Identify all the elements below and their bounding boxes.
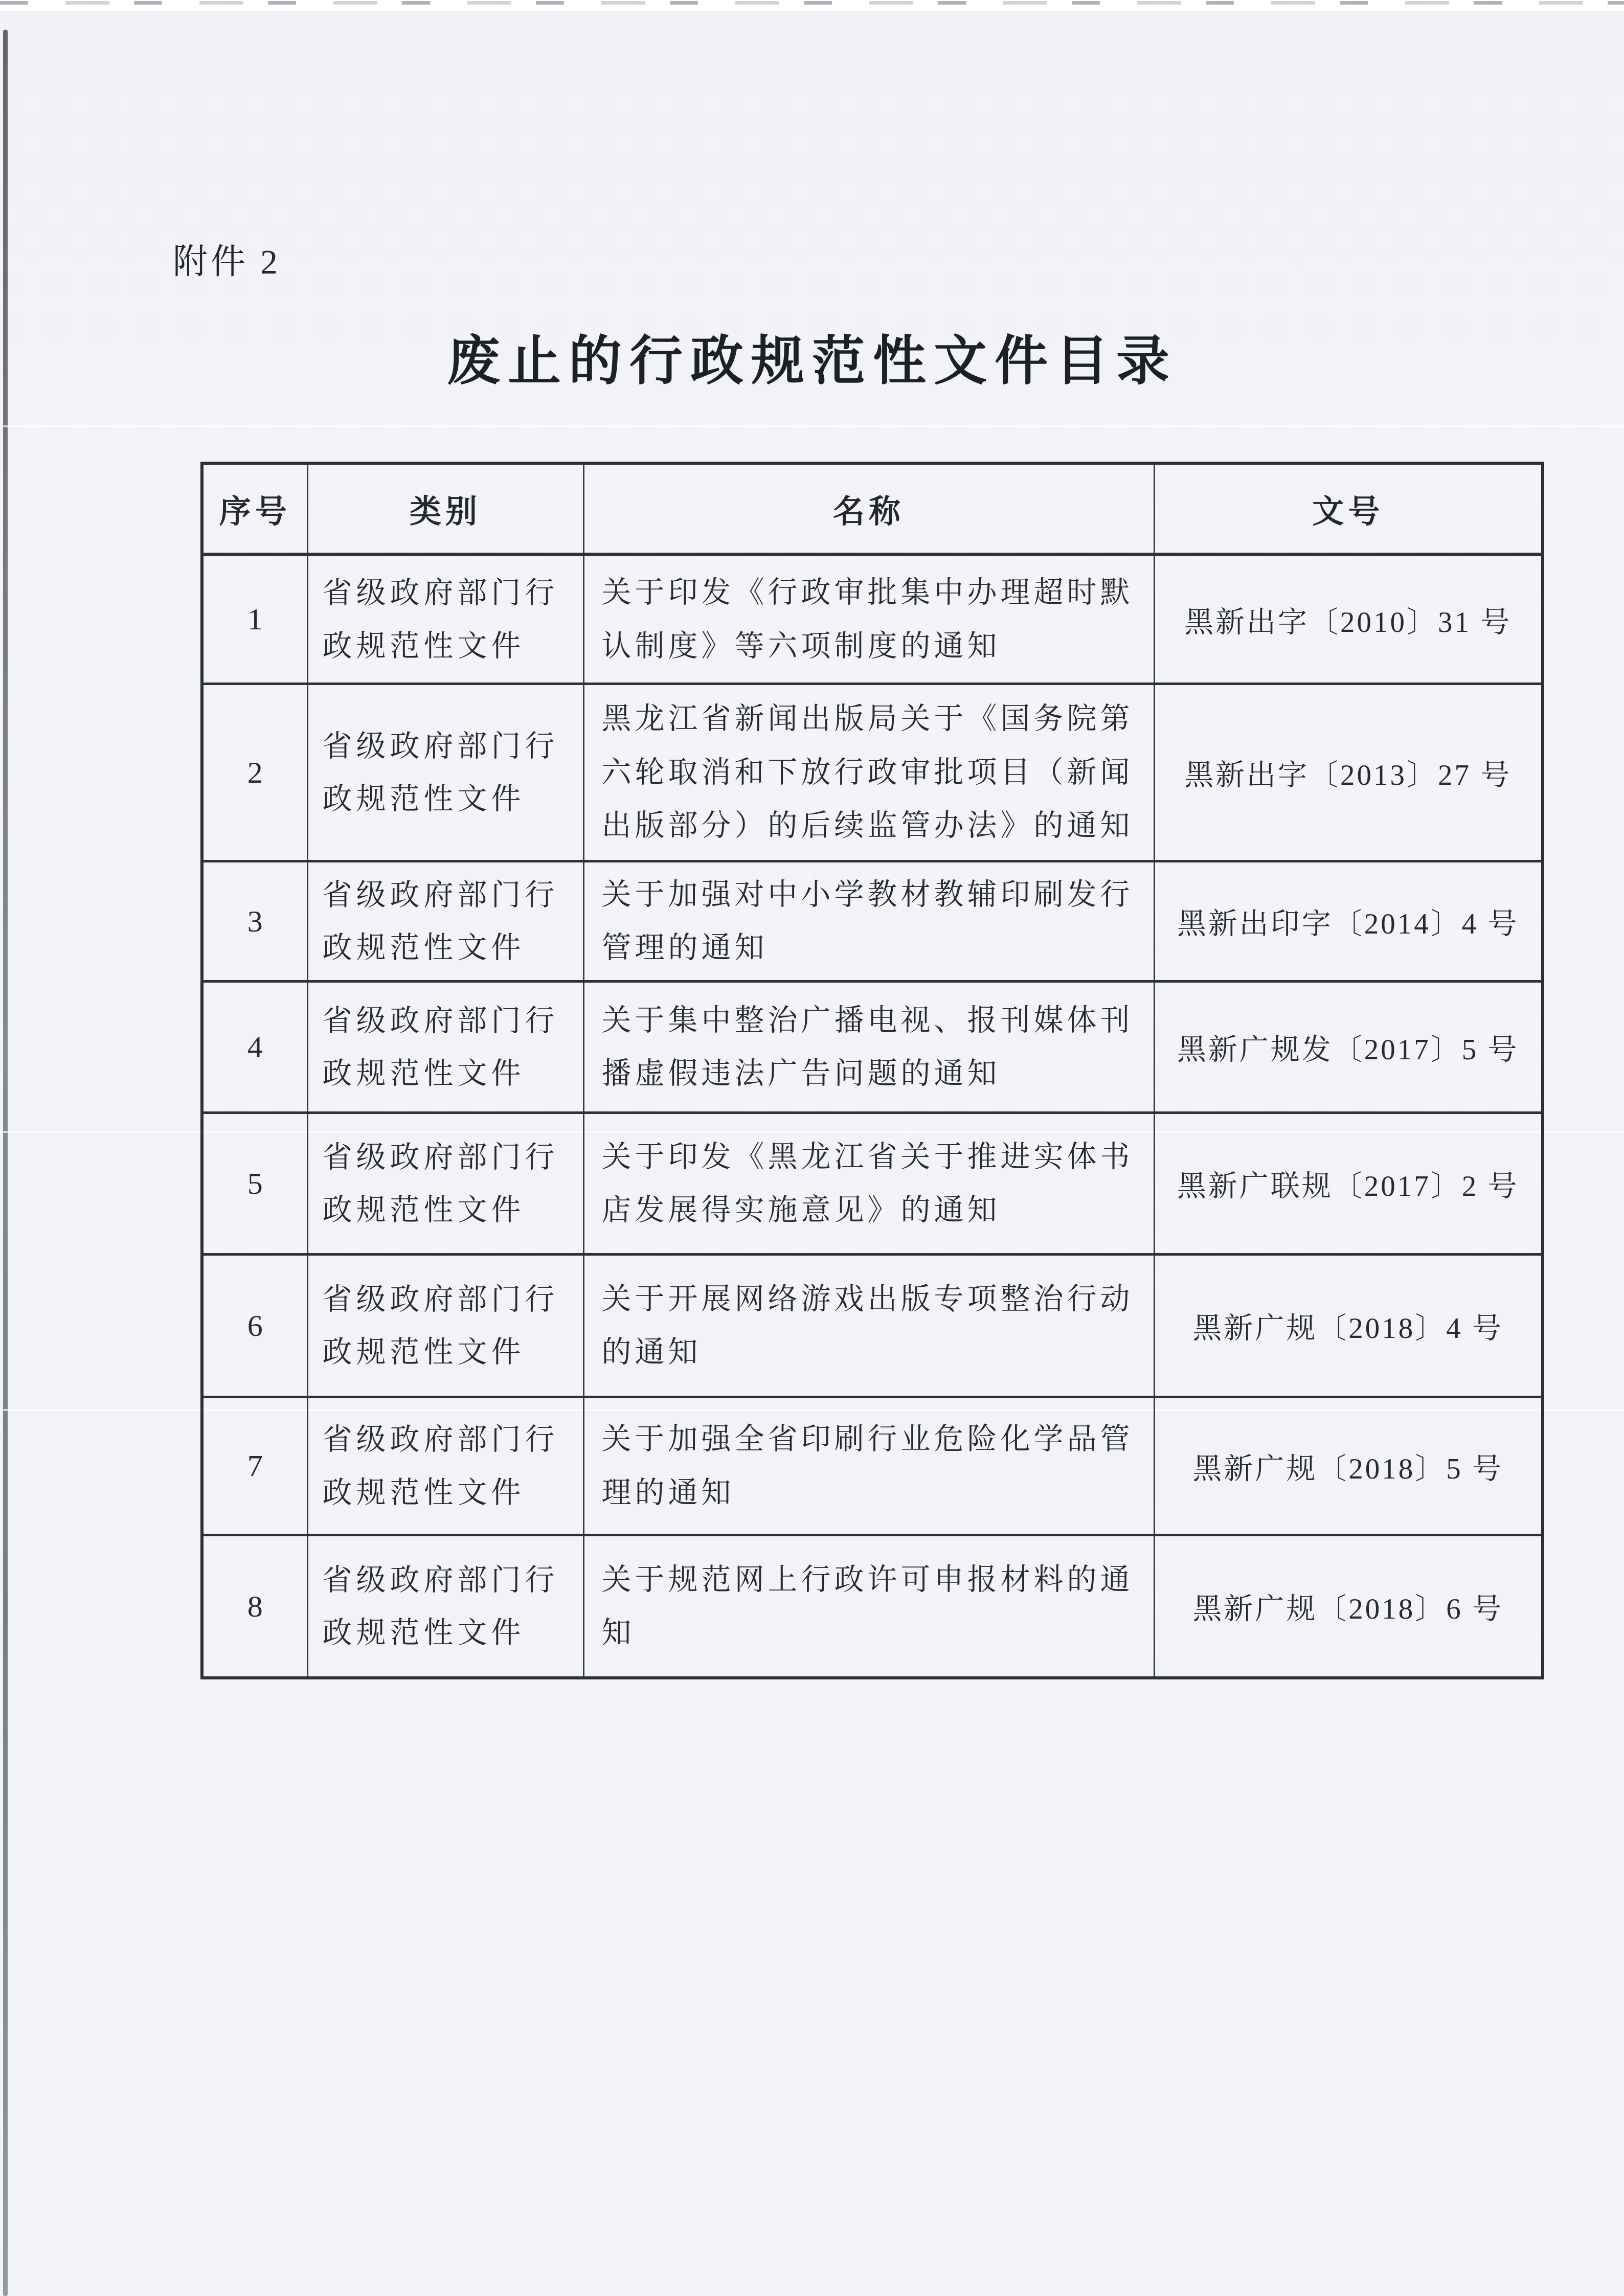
page-title: 废止的行政规范性文件目录 <box>0 318 1624 395</box>
cell-category: 省级政府部门行政规范性文件 <box>323 1413 567 1518</box>
cell-category: 省级政府部门行政规范性文件 <box>323 1273 567 1378</box>
cell-serial: 4 <box>202 982 307 1113</box>
table-row: 4 省级政府部门行政规范性文件 关于集中整治广播电视、报刊媒体刊播虚假违法广告问… <box>202 982 1543 1113</box>
cell-doc-number: 黑新广联规〔2017〕2 号 <box>1154 1113 1543 1255</box>
cell-category: 省级政府部门行政规范性文件 <box>323 566 567 672</box>
table-row: 5 省级政府部门行政规范性文件 关于印发《黑龙江省关于推进实体书店发展得实施意见… <box>202 1113 1543 1255</box>
table-header-row: 序号 类别 名称 文号 <box>202 463 1543 555</box>
cell-category: 省级政府部门行政规范性文件 <box>323 1554 567 1659</box>
cell-name: 关于加强全省印刷行业危险化学品管理的通知 <box>602 1413 1137 1519</box>
col-header-serial: 序号 <box>202 463 307 555</box>
col-header-category: 类别 <box>307 463 583 555</box>
cell-serial: 3 <box>202 861 307 982</box>
attachment-label: 附件 2 <box>173 234 281 284</box>
cell-doc-number: 黑新广规〔2018〕6 号 <box>1154 1535 1543 1678</box>
cell-name: 黑龙江省新闻出版局关于《国务院第六轮取消和下放行政审批项目（新闻出版部分）的后续… <box>602 692 1137 852</box>
cell-doc-number: 黑新出字〔2010〕31 号 <box>1154 555 1543 684</box>
cell-doc-number: 黑新广规〔2018〕5 号 <box>1154 1397 1543 1535</box>
cell-category: 省级政府部门行政规范性文件 <box>323 1131 567 1236</box>
cell-name: 关于加强对中小学教材教辅印刷发行管理的通知 <box>602 868 1137 975</box>
cell-category: 省级政府部门行政规范性文件 <box>323 869 567 974</box>
cell-doc-number: 黑新广规〔2018〕4 号 <box>1154 1255 1543 1397</box>
scan-streak <box>0 425 1624 427</box>
scanned-document-page: 附件 2 废止的行政规范性文件目录 序号 类别 名称 文号 1 省级政府部门行政… <box>0 0 1624 2296</box>
abolished-documents-table: 序号 类别 名称 文号 1 省级政府部门行政规范性文件 关于印发《行政审批集中办… <box>200 462 1544 1679</box>
scan-top-strip <box>0 0 1624 11</box>
table-row: 7 省级政府部门行政规范性文件 关于加强全省印刷行业危险化学品管理的通知 黑新广… <box>202 1397 1543 1535</box>
cell-serial: 5 <box>202 1113 307 1255</box>
table-row: 6 省级政府部门行政规范性文件 关于开展网络游戏出版专项整治行动的通知 黑新广规… <box>202 1255 1543 1397</box>
table-row: 3 省级政府部门行政规范性文件 关于加强对中小学教材教辅印刷发行管理的通知 黑新… <box>202 861 1543 982</box>
table-row: 8 省级政府部门行政规范性文件 关于规范网上行政许可申报材料的通知 黑新广规〔2… <box>202 1535 1543 1678</box>
cell-doc-number: 黑新出印字〔2014〕4 号 <box>1154 861 1543 982</box>
cell-doc-number: 黑新出字〔2013〕27 号 <box>1154 684 1543 861</box>
cell-name: 关于开展网络游戏出版专项整治行动的通知 <box>602 1272 1137 1379</box>
cell-serial: 8 <box>202 1535 307 1678</box>
cell-serial: 1 <box>202 555 307 684</box>
cell-doc-number: 黑新广规发〔2017〕5 号 <box>1154 982 1543 1113</box>
cell-name: 关于印发《黑龙江省关于推进实体书店发展得实施意见》的通知 <box>602 1130 1137 1237</box>
cell-category: 省级政府部门行政规范性文件 <box>323 720 567 825</box>
col-header-doc-number: 文号 <box>1154 463 1543 555</box>
cell-name: 关于规范网上行政许可申报材料的通知 <box>602 1553 1137 1660</box>
cell-serial: 7 <box>202 1397 307 1535</box>
cell-category: 省级政府部门行政规范性文件 <box>323 994 567 1100</box>
cell-name: 关于印发《行政审批集中办理超时默认制度》等六项制度的通知 <box>602 566 1137 673</box>
col-header-name: 名称 <box>583 463 1154 555</box>
cell-serial: 6 <box>202 1255 307 1397</box>
cell-serial: 2 <box>202 684 307 861</box>
table-row: 2 省级政府部门行政规范性文件 黑龙江省新闻出版局关于《国务院第六轮取消和下放行… <box>202 684 1543 861</box>
table-row: 1 省级政府部门行政规范性文件 关于印发《行政审批集中办理超时默认制度》等六项制… <box>202 555 1543 684</box>
cell-name: 关于集中整治广播电视、报刊媒体刊播虚假违法广告问题的通知 <box>602 994 1137 1101</box>
